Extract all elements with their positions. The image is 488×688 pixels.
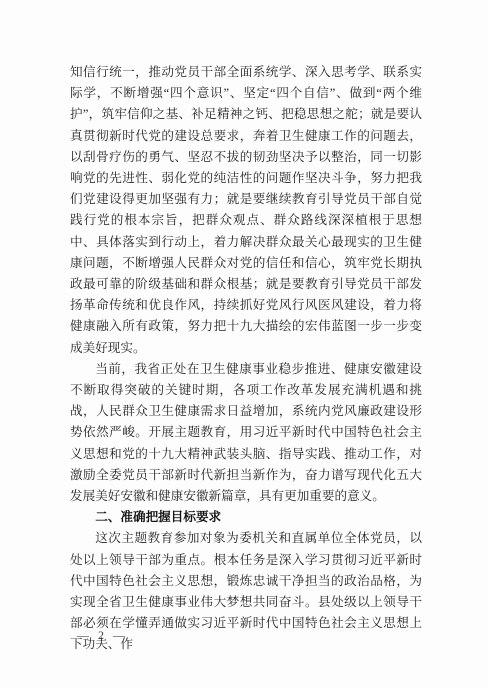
paragraph-continuation: 知信行统一，推动党员干部全面系统学、深入思考学、联系实际学，不断增强“四个意识”… xyxy=(70,62,422,359)
page-number: — 2 — xyxy=(77,628,128,642)
section-heading: 二、准确把握目标要求 xyxy=(70,507,422,528)
page-footer: — 2 — xyxy=(77,628,128,642)
paragraph: 当前，我省正处在卫生健康事业稳步推进、健康安徽建设不断取得突破的关键时期，各项工… xyxy=(70,359,422,507)
document-page: 知信行统一，推动党员干部全面系统学、深入思考学、联系实际学，不断增强“四个意识”… xyxy=(0,0,488,688)
document-body: 知信行统一，推动党员干部全面系统学、深入思考学、联系实际学，不断增强“四个意识”… xyxy=(70,62,422,656)
